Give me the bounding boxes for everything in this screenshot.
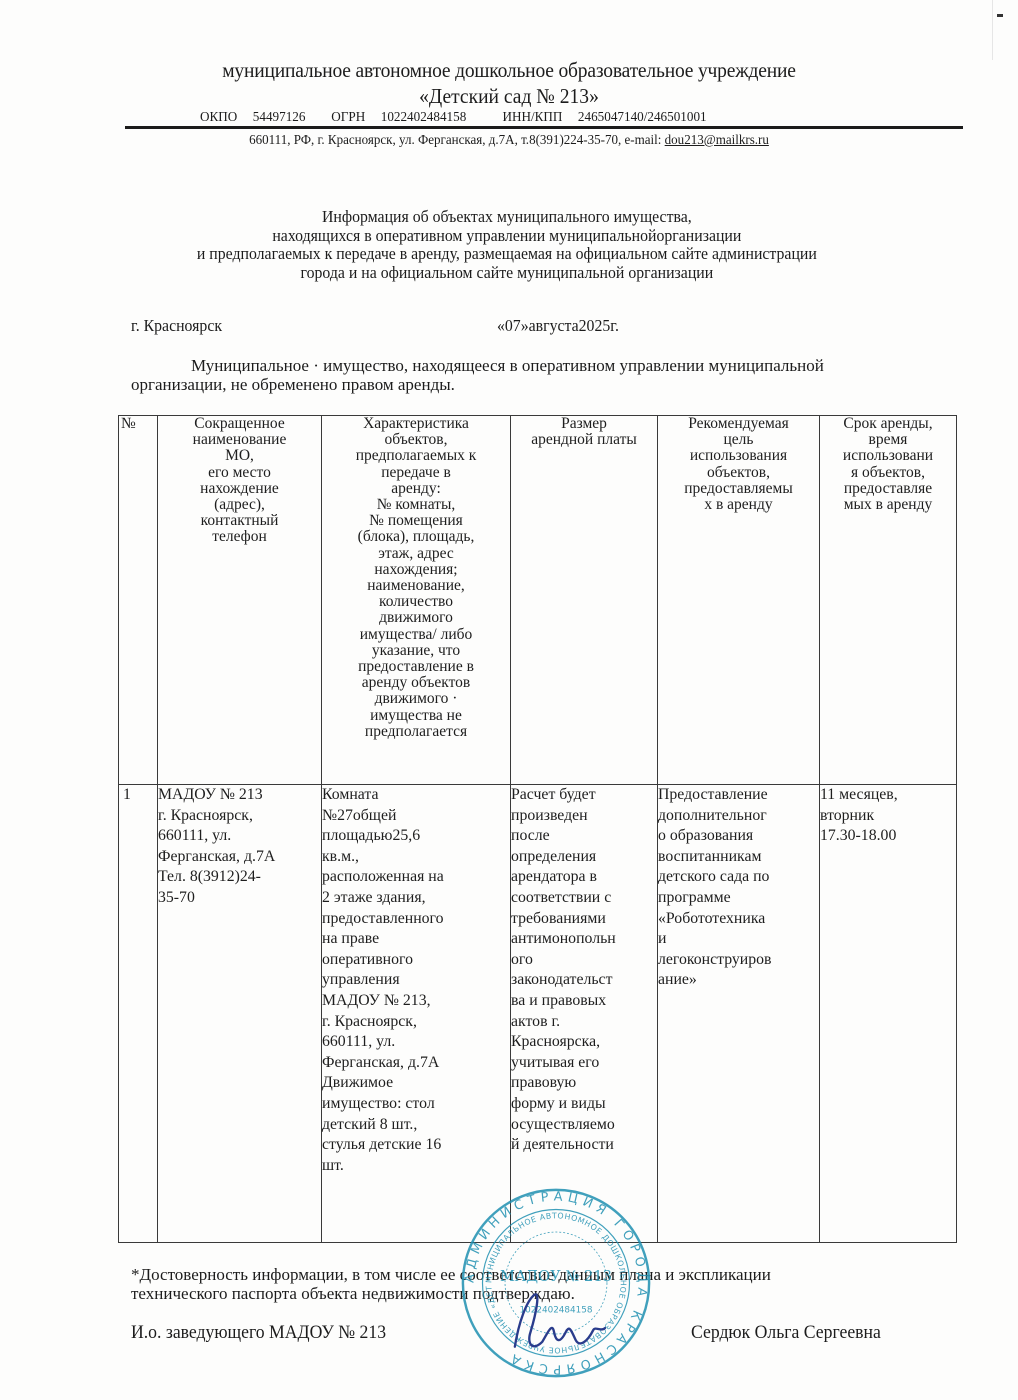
intro-line: Муниципальное · имущество, находящееся в… (131, 356, 959, 375)
title-line: и предполагаемых к передаче в аренду, ра… (0, 245, 1014, 264)
header-number: № (119, 416, 158, 785)
stamp-center-text: МАДОУ № 213 (500, 1268, 612, 1285)
official-stamp: АДМИНИСТРАЦИЯ ГОРОДА КРАСНОЯРСКА МУНИЦИП… (458, 1185, 654, 1381)
table-row: 1 МАДОУ № 213 г. Красноярск, 660111, ул.… (119, 785, 957, 1243)
document-date: «07»августа2025г. (497, 316, 619, 336)
header-purpose: Рекомендуемая цель использования объекто… (658, 416, 820, 785)
intro-paragraph: Муниципальное · имущество, находящееся в… (131, 356, 959, 394)
stamp-ogrn: 1022402484158 (520, 1305, 593, 1315)
cell-rent: Расчет будет произведен после определени… (511, 785, 658, 1243)
table-header-row: № Сокращенное наименование МО, его место… (119, 416, 957, 785)
cell-purpose: Предоставление дополнительног о образова… (658, 785, 820, 1243)
letterhead-divider (125, 126, 963, 129)
cell-object: Комната №27общей площадью25,6 кв.м., рас… (322, 785, 511, 1243)
scan-edge-line (992, 0, 993, 60)
cell-term: 11 месяцев, вторник 17.30-18.00 (820, 785, 957, 1243)
property-table: № Сокращенное наименование МО, его место… (118, 415, 957, 1243)
organization-codes: ОКПО 54497126 ОГРН 1022402484158 ИНН/КПП… (200, 110, 707, 126)
signatory-name: Сердюк Ольга Сергеевна (691, 1322, 881, 1344)
email-link[interactable]: dou213@mailkrs.ru (665, 133, 769, 148)
scan-corner-mark (997, 14, 1003, 17)
organization-address: 660111, РФ, г. Красноярск, ул. Ферганска… (36, 133, 983, 149)
organization-short-name: «Детский сад № 213» (36, 84, 983, 109)
header-term: Срок аренды, время использовани я объект… (820, 416, 957, 785)
title-line: находящихся в оперативном управлении мун… (0, 227, 1014, 246)
header-object: Характеристика объектов, предполагаемых … (322, 416, 511, 785)
title-line: города и на официальном сайте муниципаль… (0, 264, 1014, 283)
cell-organization: МАДОУ № 213 г. Красноярск, 660111, ул. Ф… (158, 785, 322, 1243)
title-line: Информация об объектах муниципального им… (0, 208, 1014, 227)
intro-line: организации, не обременено правом аренды… (131, 375, 959, 394)
address-text: 660111, РФ, г. Красноярск, ул. Ферганска… (249, 133, 665, 148)
header-rent: Размер арендной платы (511, 416, 658, 785)
header-organization: Сокращенное наименование МО, его место н… (158, 416, 322, 785)
signatory-position: И.о. заведующего МАДОУ № 213 (131, 1322, 386, 1344)
cell-number: 1 (119, 785, 158, 1243)
document-title: Информация об объектах муниципального им… (0, 208, 1014, 282)
organization-name: муниципальное автономное дошкольное обра… (36, 58, 983, 83)
document-city: г. Красноярск (131, 316, 222, 336)
